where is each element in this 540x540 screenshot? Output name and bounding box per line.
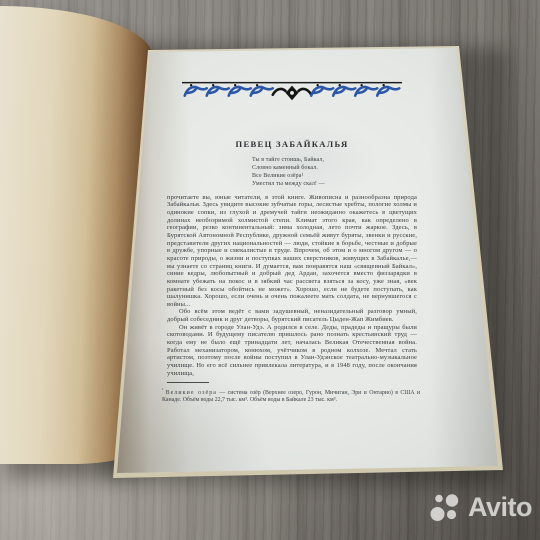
epigraph-line: Ты в тайге стоишь, Байкал,	[252, 157, 458, 165]
avito-wordmark: Avito	[468, 494, 532, 521]
body-paragraph: Он живёт в городе Улан-Удэ. А родился в …	[167, 324, 417, 378]
body-text: прочитаете вы, юные читатели, в этой кни…	[167, 194, 417, 378]
chapter-title: ПЕВЕЦ ЗАБАЙКАЛЬЯ	[167, 139, 417, 149]
footnote-marker: ¹	[162, 387, 163, 392]
body-paragraph: Обо всём этом ведёт с вами задушевный, н…	[167, 308, 417, 323]
avito-watermark: Avito	[428, 492, 532, 523]
epigraph: Ты в тайге стоишь, Байкал, Словно каменн…	[252, 157, 458, 189]
footnote-term: Великие озёра	[166, 390, 217, 396]
footnote-rule	[167, 382, 209, 383]
ornament-band-icon	[167, 81, 417, 103]
epigraph-line: Уместил ты между скал! —	[252, 181, 458, 189]
epigraph-line: Словно каменный бокал.	[252, 165, 458, 173]
page-content: ПЕВЕЦ ЗАБАЙКАЛЬЯ Ты в тайге стоишь, Байк…	[150, 48, 458, 474]
body-paragraph: прочитаете вы, юные читатели, в этой кни…	[167, 194, 417, 309]
book-photo: ПЕВЕЦ ЗАБАЙКАЛЬЯ Ты в тайге стоишь, Байк…	[0, 0, 540, 540]
ornament-divider-rule	[182, 82, 402, 83]
footnote: ¹ Великие озёра — система озёр (Верхнее …	[162, 386, 420, 404]
avito-logo-icon	[428, 492, 463, 523]
epigraph-line: Все Великие озёра¹	[252, 173, 458, 181]
